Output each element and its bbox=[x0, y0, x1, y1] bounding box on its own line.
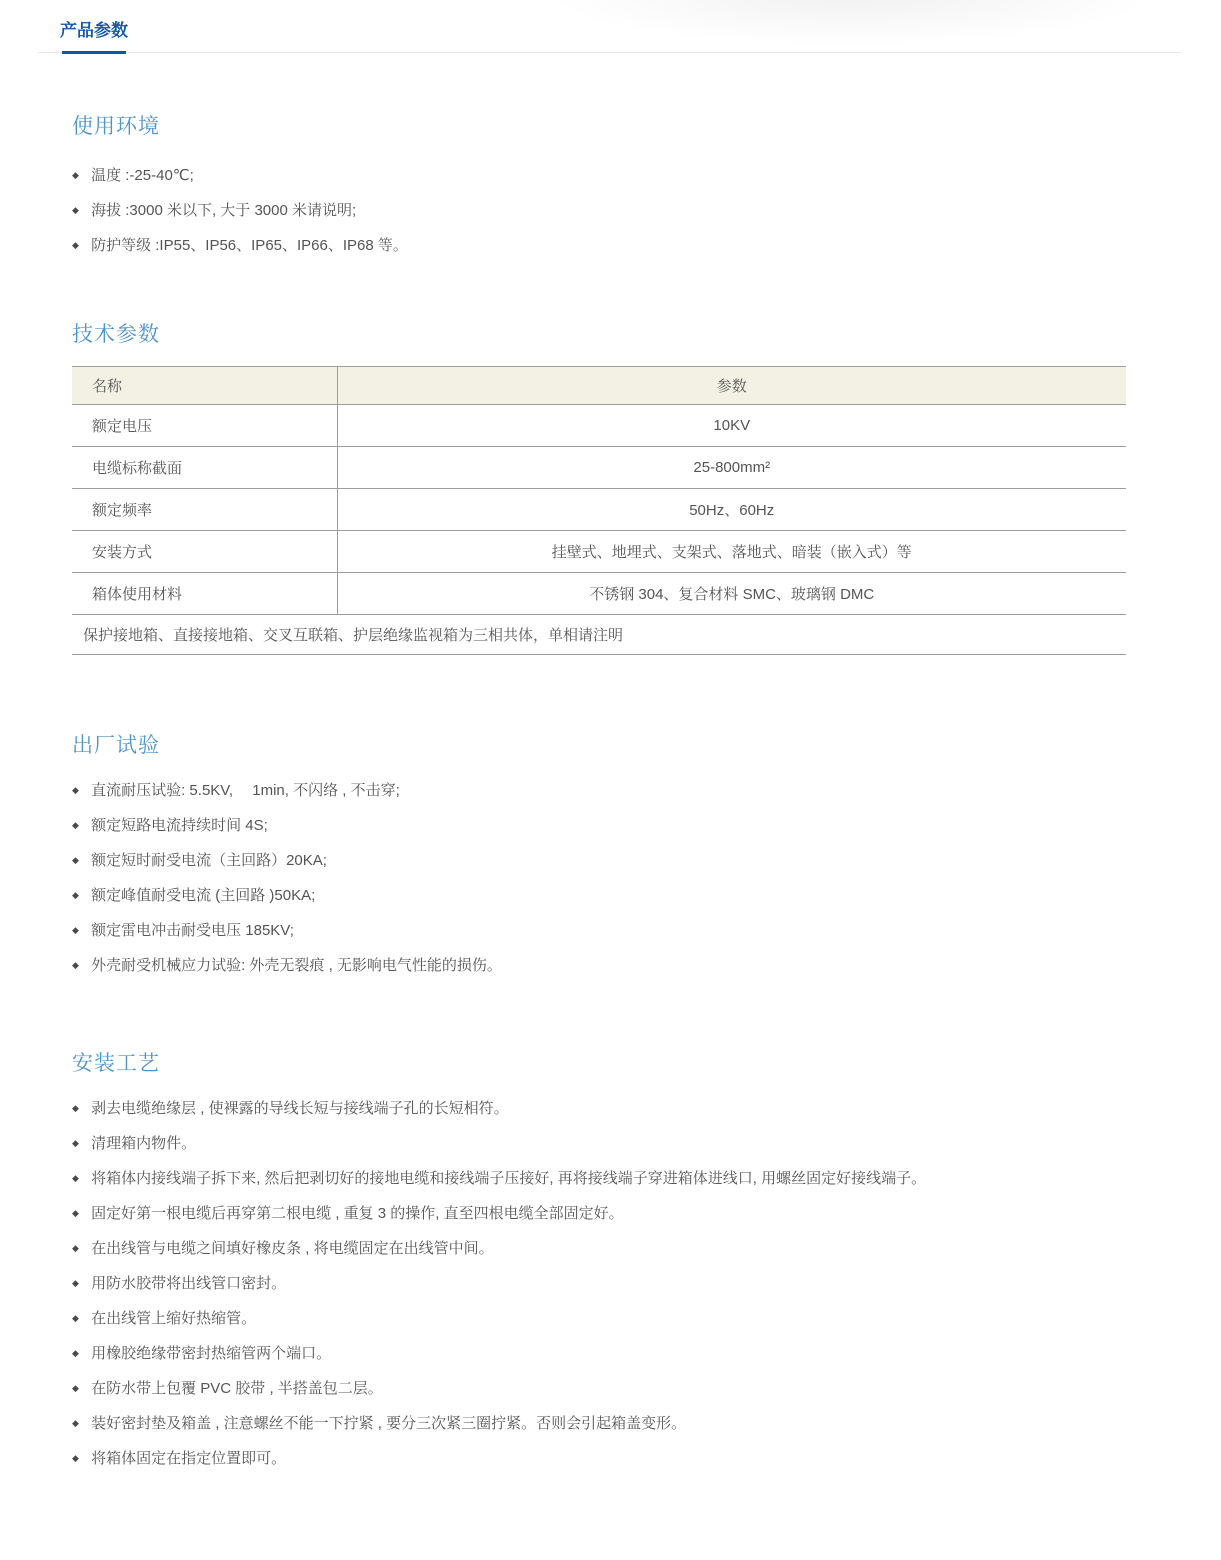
list-item-text: 额定短时耐受电流（主回路）20KA; bbox=[91, 852, 327, 869]
param-name-cell: 箱体使用材料 bbox=[72, 573, 337, 615]
list-item-text: 装好密封垫及箱盖 , 注意螺丝不能一下拧紧 , 要分三次紧三圈拧紧。否则会引起箱… bbox=[91, 1415, 686, 1432]
diamond-bullet-icon: ◆ bbox=[72, 1274, 79, 1293]
list-item-text: 额定雷电冲击耐受电压 185KV; bbox=[91, 922, 294, 939]
list-item: ◆ 用橡胶绝缘带密封热缩管两个端口。 bbox=[72, 1344, 1131, 1363]
diamond-bullet-icon: ◆ bbox=[72, 1239, 79, 1258]
installation-list: ◆ 剥去电缆绝缘层 , 使裸露的导线长短与接线端子孔的长短相符。 ◆ 清理箱内物… bbox=[72, 1099, 1131, 1468]
list-item-text: 在防水带上包覆 PVC 胶带 , 半搭盖包二层。 bbox=[91, 1380, 383, 1397]
section-title-tech: 技术参数 bbox=[72, 322, 1131, 348]
list-item-text: 用防水胶带将出线管口密封。 bbox=[91, 1275, 286, 1292]
list-item: ◆ 剥去电缆绝缘层 , 使裸露的导线长短与接线端子孔的长短相符。 bbox=[72, 1099, 1131, 1118]
diamond-bullet-icon: ◆ bbox=[72, 201, 79, 220]
section-title-factory: 出厂试验 bbox=[72, 733, 1131, 759]
diamond-bullet-icon: ◆ bbox=[72, 1134, 79, 1153]
list-item-text: 将箱体固定在指定位置即可。 bbox=[91, 1450, 286, 1467]
list-item: ◆ 固定好第一根电缆后再穿第二根电缆 , 重复 3 的操作, 直至四根电缆全部固… bbox=[72, 1204, 1131, 1223]
diamond-bullet-icon: ◆ bbox=[72, 1204, 79, 1223]
list-item: ◆ 额定雷电冲击耐受电压 185KV; bbox=[72, 921, 1131, 940]
diamond-bullet-icon: ◆ bbox=[72, 1449, 79, 1468]
diamond-bullet-icon: ◆ bbox=[72, 1169, 79, 1188]
param-value-cell: 50Hz、60Hz bbox=[337, 489, 1126, 531]
section-usage-environment: 使用环境 ◆ 温度 :-25-40℃; ◆ 海拔 :3000 米以下, 大于 3… bbox=[72, 114, 1131, 255]
param-name-cell: 安装方式 bbox=[72, 531, 337, 573]
diamond-bullet-icon: ◆ bbox=[72, 1379, 79, 1398]
column-header-value: 参数 bbox=[337, 367, 1126, 405]
diamond-bullet-icon: ◆ bbox=[72, 1344, 79, 1363]
list-item: ◆ 额定短路电流持续时间 4S; bbox=[72, 816, 1131, 835]
technical-parameters-table: 名称 参数 额定电压 10KV 电缆标称截面 25-800mm² 额定频率 50… bbox=[72, 366, 1126, 655]
table-row: 安装方式 挂壁式、地埋式、支架式、落地式、暗装（嵌入式）等 bbox=[72, 531, 1126, 573]
section-title-usage: 使用环境 bbox=[72, 114, 1131, 140]
table-row: 额定电压 10KV bbox=[72, 405, 1126, 447]
list-item: ◆ 装好密封垫及箱盖 , 注意螺丝不能一下拧紧 , 要分三次紧三圈拧紧。否则会引… bbox=[72, 1414, 1131, 1433]
param-name-cell: 电缆标称截面 bbox=[72, 447, 337, 489]
section-installation-process: 安装工艺 ◆ 剥去电缆绝缘层 , 使裸露的导线长短与接线端子孔的长短相符。 ◆ … bbox=[72, 1051, 1131, 1468]
list-item: ◆ 外壳耐受机械应力试验: 外壳无裂痕 , 无影响电气性能的损伤。 bbox=[72, 956, 1131, 975]
param-name-cell: 额定频率 bbox=[72, 489, 337, 531]
diamond-bullet-icon: ◆ bbox=[72, 1309, 79, 1328]
list-item: ◆ 额定峰值耐受电流 (主回路 )50KA; bbox=[72, 886, 1131, 905]
diamond-bullet-icon: ◆ bbox=[72, 921, 79, 940]
tab-active-underline bbox=[62, 51, 126, 54]
table-row: 箱体使用材料 不锈钢 304、复合材料 SMC、玻璃钢 DMC bbox=[72, 573, 1126, 615]
list-item-text: 额定短路电流持续时间 4S; bbox=[91, 817, 268, 834]
list-item: ◆ 将箱体内接线端子拆下来, 然后把剥切好的接地电缆和接线端子压接好, 再将接线… bbox=[72, 1169, 1131, 1188]
factory-test-list: ◆ 直流耐压试验: 5.5KV, 1min, 不闪络 , 不击穿; ◆ 额定短路… bbox=[72, 781, 1131, 975]
list-item: ◆ 在出线管与电缆之间填好橡皮条 , 将电缆固定在出线管中间。 bbox=[72, 1239, 1131, 1258]
list-item-text: 固定好第一根电缆后再穿第二根电缆 , 重复 3 的操作, 直至四根电缆全部固定好… bbox=[91, 1205, 624, 1222]
param-value-cell: 10KV bbox=[337, 405, 1126, 447]
diamond-bullet-icon: ◆ bbox=[72, 166, 79, 185]
main-content: 使用环境 ◆ 温度 :-25-40℃; ◆ 海拔 :3000 米以下, 大于 3… bbox=[0, 114, 1221, 1468]
list-item-text: 剥去电缆绝缘层 , 使裸露的导线长短与接线端子孔的长短相符。 bbox=[91, 1100, 509, 1117]
param-value-cell: 25-800mm² bbox=[337, 447, 1126, 489]
list-item-text: 将箱体内接线端子拆下来, 然后把剥切好的接地电缆和接线端子压接好, 再将接线端子… bbox=[91, 1170, 926, 1187]
tab-product-parameters[interactable]: 产品参数 bbox=[60, 16, 128, 41]
list-item: ◆ 温度 :-25-40℃; bbox=[72, 166, 1131, 185]
diamond-bullet-icon: ◆ bbox=[72, 851, 79, 870]
list-item: ◆ 将箱体固定在指定位置即可。 bbox=[72, 1449, 1131, 1468]
list-item: ◆ 在防水带上包覆 PVC 胶带 , 半搭盖包二层。 bbox=[72, 1379, 1131, 1398]
list-item: ◆ 海拔 :3000 米以下, 大于 3000 米请说明; bbox=[72, 201, 1131, 220]
list-item: ◆ 额定短时耐受电流（主回路）20KA; bbox=[72, 851, 1131, 870]
usage-list: ◆ 温度 :-25-40℃; ◆ 海拔 :3000 米以下, 大于 3000 米… bbox=[72, 166, 1131, 255]
param-value-cell: 挂壁式、地埋式、支架式、落地式、暗装（嵌入式）等 bbox=[337, 531, 1126, 573]
diamond-bullet-icon: ◆ bbox=[72, 956, 79, 975]
list-item: ◆ 清理箱内物件。 bbox=[72, 1134, 1131, 1153]
param-value-cell: 不锈钢 304、复合材料 SMC、玻璃钢 DMC bbox=[337, 573, 1126, 615]
list-item-text: 在出线管与电缆之间填好橡皮条 , 将电缆固定在出线管中间。 bbox=[91, 1240, 494, 1257]
param-name-cell: 额定电压 bbox=[72, 405, 337, 447]
list-item-text: 用橡胶绝缘带密封热缩管两个端口。 bbox=[91, 1345, 331, 1362]
diamond-bullet-icon: ◆ bbox=[72, 236, 79, 255]
diamond-bullet-icon: ◆ bbox=[72, 1414, 79, 1433]
header-divider bbox=[38, 52, 1181, 53]
list-item-text: 温度 :-25-40℃; bbox=[91, 167, 194, 184]
page-header: 产品参数 bbox=[0, 0, 1221, 54]
table-note-text: 保护接地箱、直接接地箱、交叉互联箱、护层绝缘监视箱为三相共体，单相请注明 bbox=[72, 615, 1126, 655]
list-item-text: 在出线管上缩好热缩管。 bbox=[91, 1310, 256, 1327]
list-item-text: 防护等级 :IP55、IP56、IP65、IP66、IP68 等。 bbox=[91, 237, 408, 254]
section-title-install: 安装工艺 bbox=[72, 1051, 1131, 1077]
diamond-bullet-icon: ◆ bbox=[72, 781, 79, 800]
section-factory-test: 出厂试验 ◆ 直流耐压试验: 5.5KV, 1min, 不闪络 , 不击穿; ◆… bbox=[72, 733, 1131, 975]
list-item-text: 外壳耐受机械应力试验: 外壳无裂痕 , 无影响电气性能的损伤。 bbox=[91, 957, 502, 974]
diamond-bullet-icon: ◆ bbox=[72, 816, 79, 835]
list-item-text: 清理箱内物件。 bbox=[91, 1135, 196, 1152]
list-item-text: 直流耐压试验: 5.5KV, 1min, 不闪络 , 不击穿; bbox=[91, 782, 400, 799]
column-header-name: 名称 bbox=[72, 367, 337, 405]
table-row: 电缆标称截面 25-800mm² bbox=[72, 447, 1126, 489]
table-row: 额定频率 50Hz、60Hz bbox=[72, 489, 1126, 531]
diamond-bullet-icon: ◆ bbox=[72, 886, 79, 905]
list-item-text: 海拔 :3000 米以下, 大于 3000 米请说明; bbox=[91, 202, 356, 219]
section-technical-parameters: 技术参数 名称 参数 额定电压 10KV 电缆标称截面 25-800mm² 额定… bbox=[72, 322, 1131, 655]
table-header-row: 名称 参数 bbox=[72, 367, 1126, 405]
list-item: ◆ 在出线管上缩好热缩管。 bbox=[72, 1309, 1131, 1328]
table-note-row: 保护接地箱、直接接地箱、交叉互联箱、护层绝缘监视箱为三相共体，单相请注明 bbox=[72, 615, 1126, 655]
diamond-bullet-icon: ◆ bbox=[72, 1099, 79, 1118]
list-item: ◆ 用防水胶带将出线管口密封。 bbox=[72, 1274, 1131, 1293]
list-item: ◆ 防护等级 :IP55、IP56、IP65、IP66、IP68 等。 bbox=[72, 236, 1131, 255]
list-item-text: 额定峰值耐受电流 (主回路 )50KA; bbox=[91, 887, 315, 904]
list-item: ◆ 直流耐压试验: 5.5KV, 1min, 不闪络 , 不击穿; bbox=[72, 781, 1131, 800]
